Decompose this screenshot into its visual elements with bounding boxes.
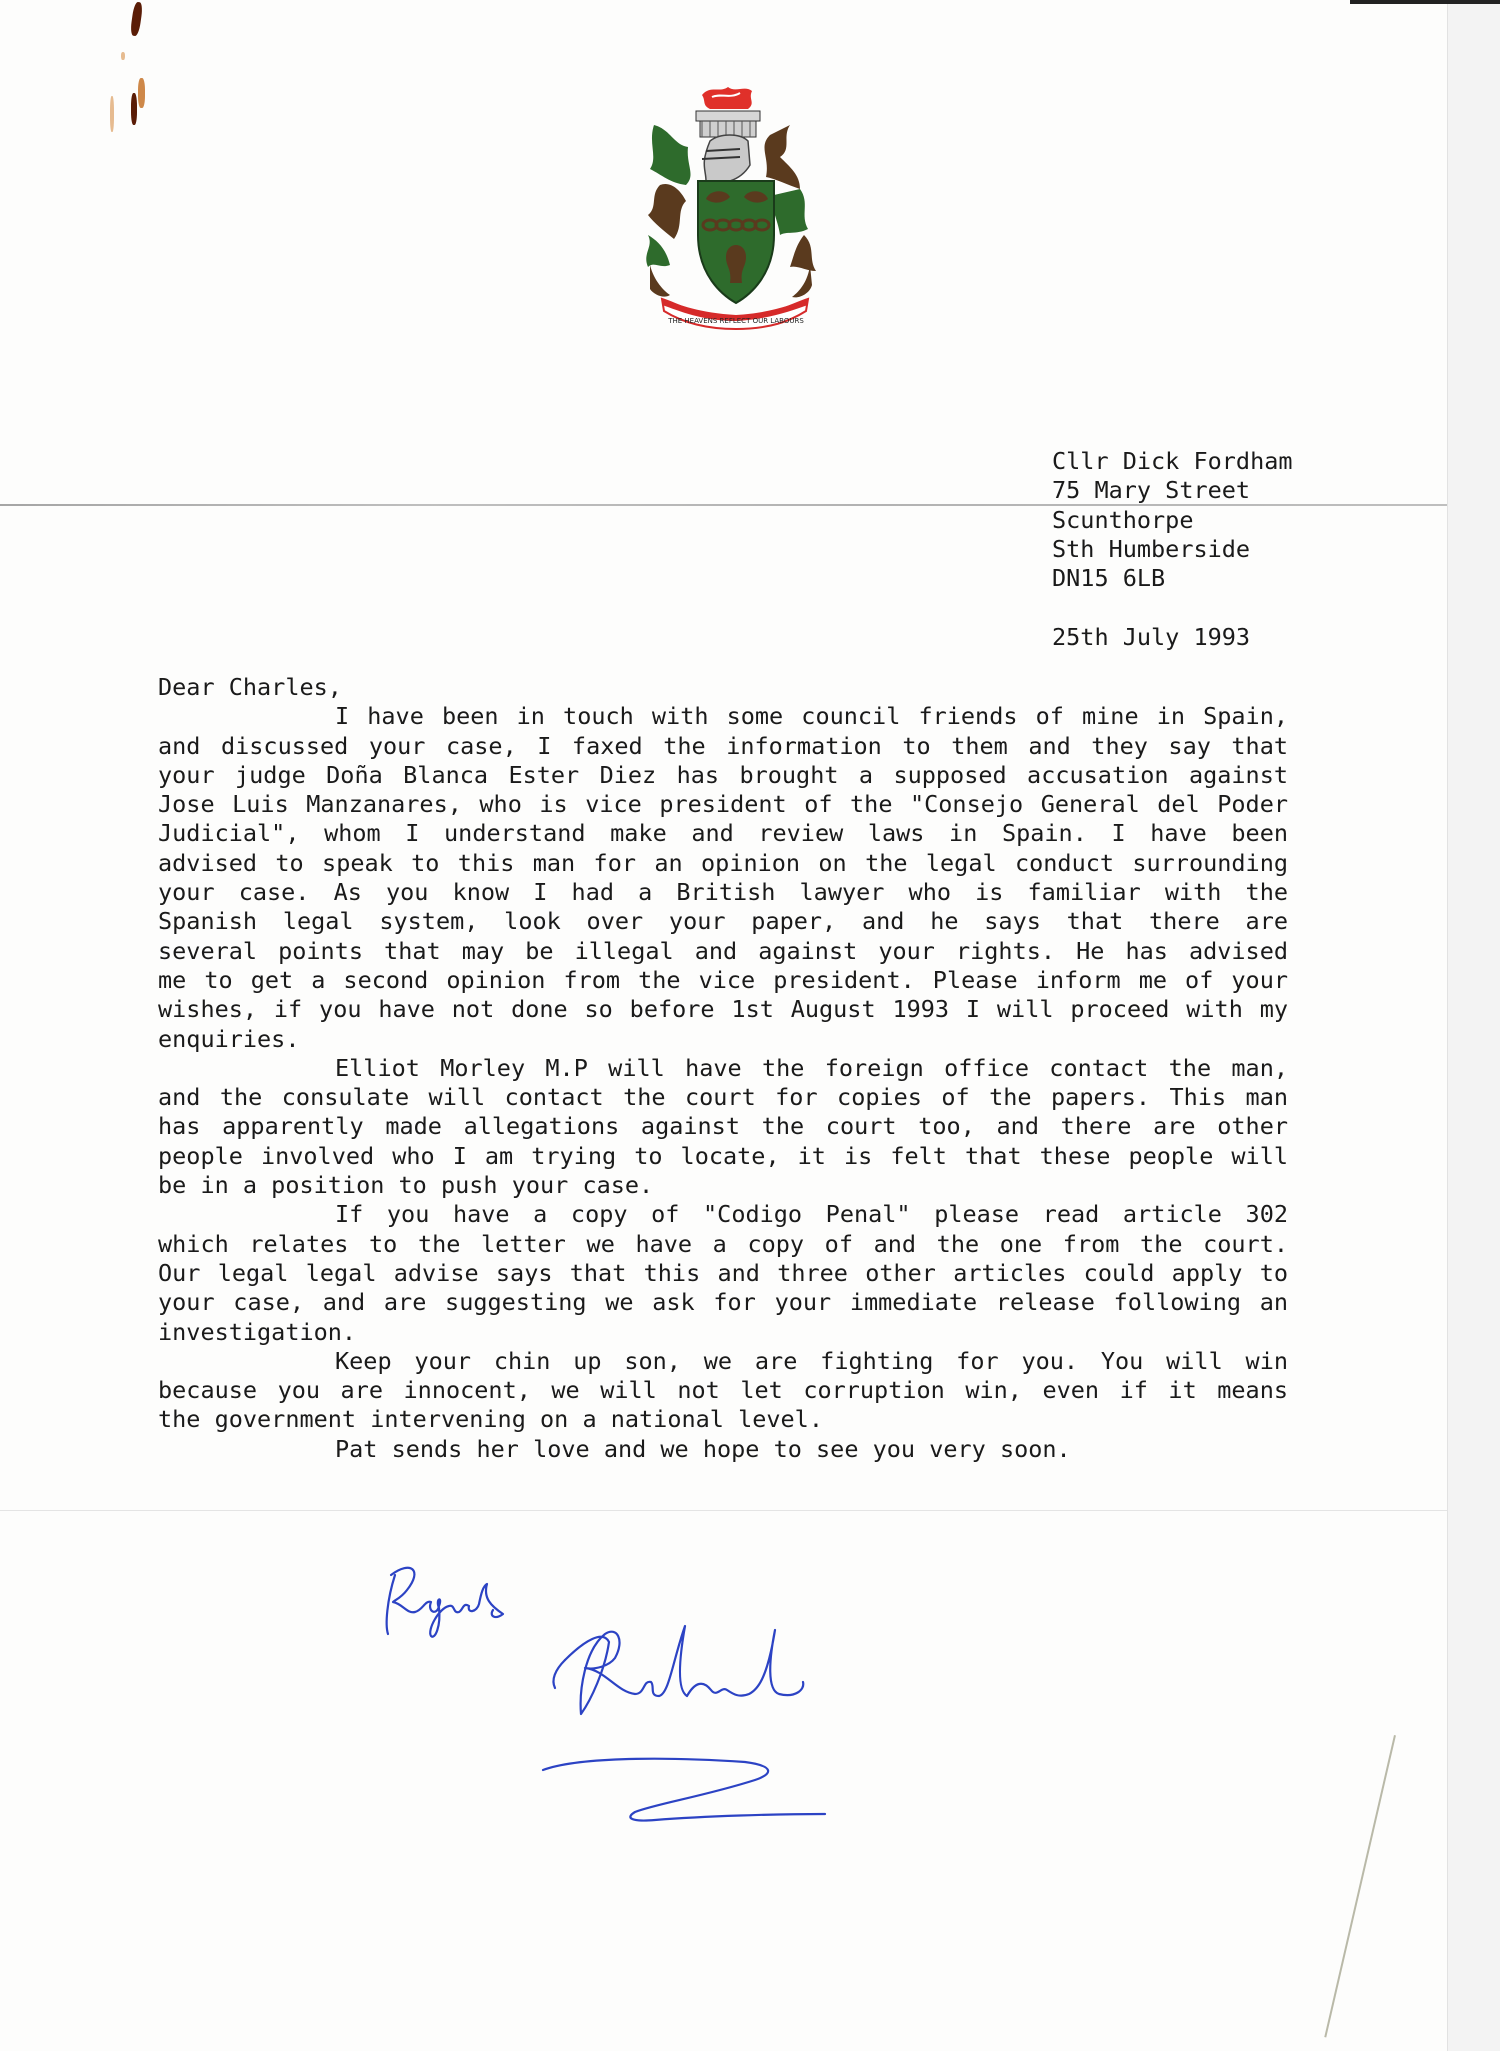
letter-body: Dear Charles, I have been in touch with …: [158, 673, 1288, 1464]
svg-text:THE HEAVENS REFLECT OUR LABOUR: THE HEAVENS REFLECT OUR LABOURS: [667, 317, 804, 325]
sender-address: Cllr Dick Fordham75 Mary StreetScunthorp…: [1052, 447, 1293, 593]
sender-postcode: DN15 6LB: [1052, 564, 1293, 593]
letter-line: which relates to the letter we have a co…: [158, 1230, 1288, 1259]
rust-stain-marks: [110, 0, 180, 140]
letter-line: several points that may be illegal and a…: [158, 937, 1288, 966]
letter-line: investigation.: [158, 1318, 1288, 1347]
letter-line: wishes, if you have not done so before 1…: [158, 995, 1288, 1024]
letter-line: Pat sends her love and we hope to see yo…: [158, 1435, 1288, 1464]
sender-street: 75 Mary Street: [1052, 476, 1293, 505]
letter-line: Spanish legal system, look over your pap…: [158, 907, 1288, 936]
letter-line: and discussed your case, I faxed the inf…: [158, 732, 1288, 761]
letter-line: your case, and are suggesting we ask for…: [158, 1288, 1288, 1317]
letter-line: the government intervening on a national…: [158, 1405, 1288, 1434]
coat-of-arms-icon: THE HEAVENS REFLECT OUR LABOURS: [640, 85, 820, 330]
letter-line: people involved who I am trying to locat…: [158, 1142, 1288, 1171]
scan-border: [1350, 0, 1500, 4]
letter-line: I have been in touch with some council f…: [158, 702, 1288, 731]
sender-county: Sth Humberside: [1052, 535, 1293, 564]
letter-line: Judicial", whom I understand make and re…: [158, 819, 1288, 848]
salutation: Dear Charles,: [158, 673, 1288, 702]
letter-paragraphs: I have been in touch with some council f…: [158, 702, 1288, 1464]
letter-line: has apparently made allegations against …: [158, 1112, 1288, 1141]
diagonal-crease: [1324, 1735, 1396, 2038]
letter-line: If you have a copy of "Codigo Penal" ple…: [158, 1200, 1288, 1229]
letter-line: because you are innocent, we will not le…: [158, 1376, 1288, 1405]
letter-line: Elliot Morley M.P will have the foreign …: [158, 1054, 1288, 1083]
letter-line: Jose Luis Manzanares, who is vice presid…: [158, 790, 1288, 819]
paper-edge: [1447, 0, 1500, 2051]
letter-line: enquiries.: [158, 1025, 1288, 1054]
letter-line: and the consulate will contact the court…: [158, 1083, 1288, 1112]
sender-name: Cllr Dick Fordham: [1052, 447, 1293, 476]
sender-town: Scunthorpe: [1052, 506, 1293, 535]
handwritten-signature: Regards Richard: [355, 1530, 915, 1850]
letter-date: 25th July 1993: [1052, 623, 1250, 652]
letter-line: me to get a second opinion from the vice…: [158, 966, 1288, 995]
letter-line: your judge Doña Blanca Ester Diez has br…: [158, 761, 1288, 790]
letter-line: be in a position to push your case.: [158, 1171, 1288, 1200]
letter-line: Keep your chin up son, we are fighting f…: [158, 1347, 1288, 1376]
fold-crease-lower: [0, 1510, 1447, 1511]
letter-line: Our legal legal advise says that this an…: [158, 1259, 1288, 1288]
letter-line: advised to speak to this man for an opin…: [158, 849, 1288, 878]
letter-line: your case. As you know I had a British l…: [158, 878, 1288, 907]
